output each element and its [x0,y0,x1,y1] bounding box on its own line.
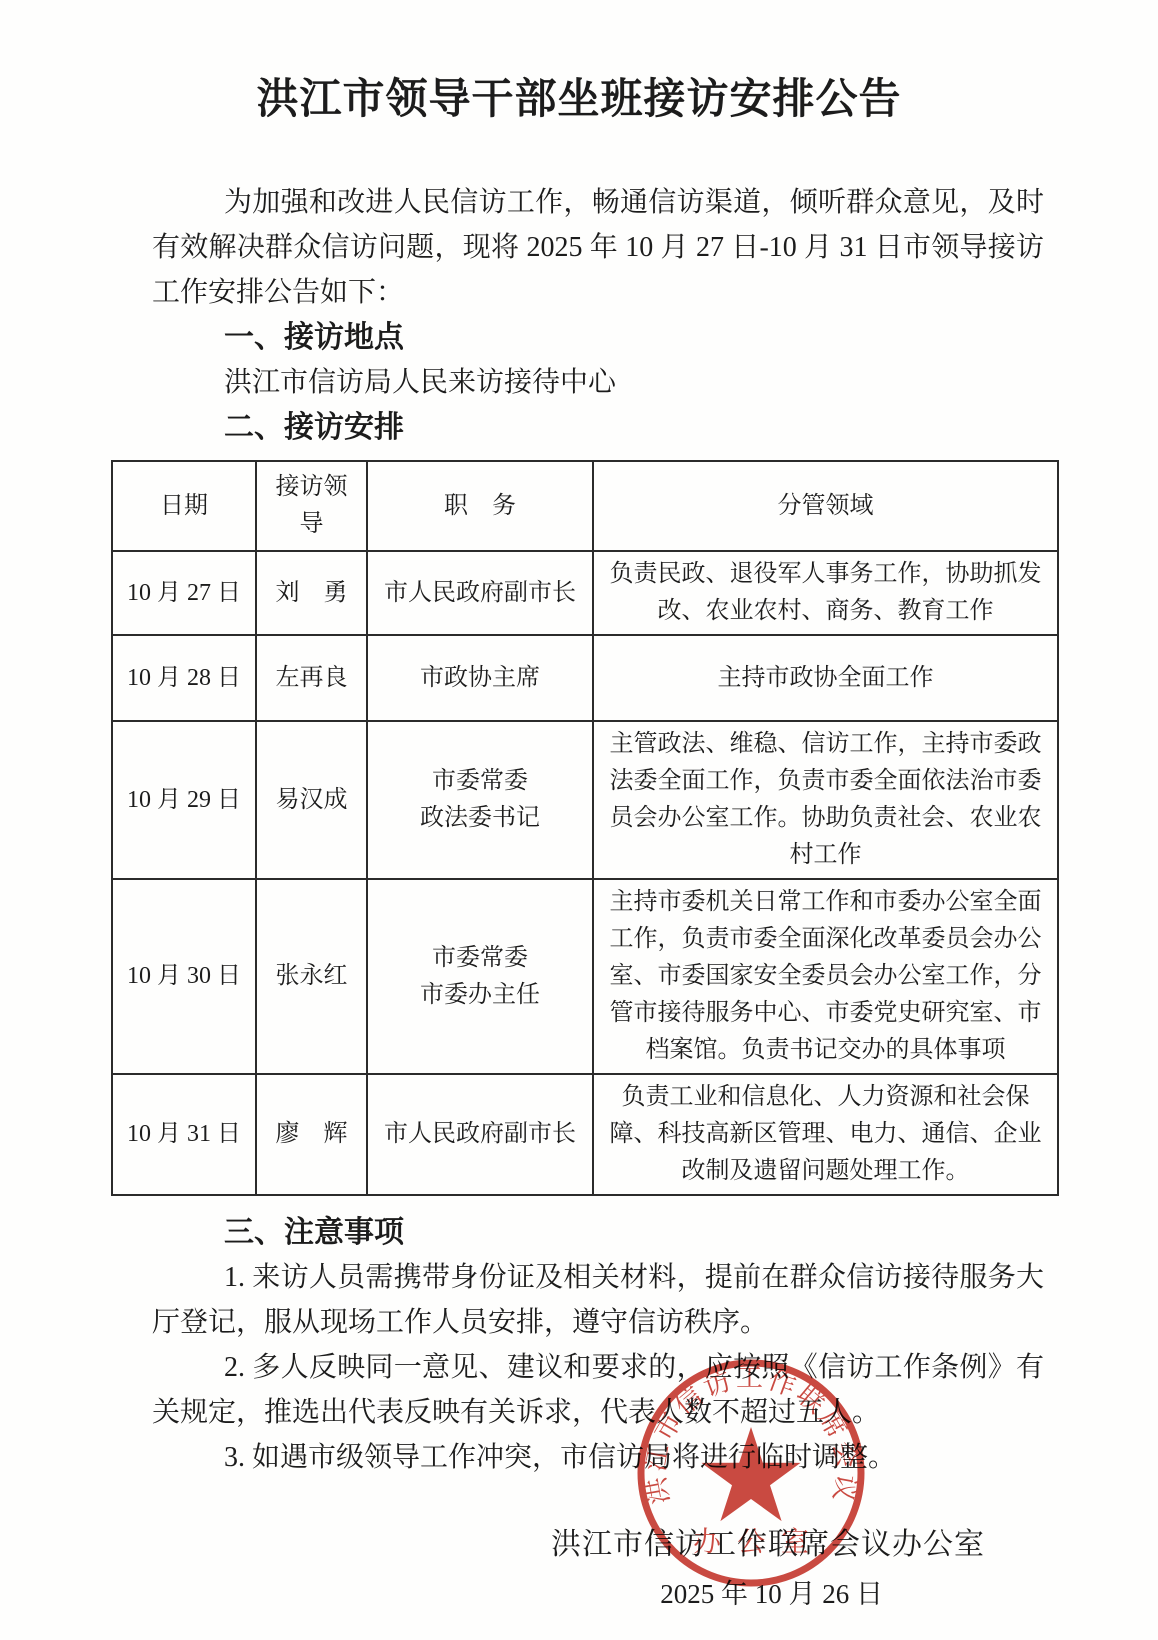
signature-date: 2025 年 10 月 26 日 [0,1568,1158,1620]
seal-bottom-text: 办公室 [693,1526,825,1558]
cell-leader: 易汉成 [256,721,367,879]
announcement-document: 洪江市领导干部坐班接访安排公告 为加强和改进人民信访工作，畅通信访渠道，倾听群众… [0,0,1158,1640]
star-icon [702,1427,801,1521]
cell-leader: 左再良 [256,635,367,721]
cell-duties: 主持市委机关日常工作和市委办公室全面工作，负责市委全面深化改革委员会办公室、市委… [593,879,1058,1074]
header-duties: 分管领域 [593,461,1058,551]
notes-section: 三、注意事项 1. 来访人员需携带身份证及相关材料，提前在群众信访接待服务大厅登… [152,1210,1044,1480]
table-row: 10 月 31 日 廖 辉 市人民政府副市长 负责工业和信息化、人力资源和社会保… [112,1074,1058,1195]
cell-position: 市委常委 市委办主任 [367,879,593,1074]
cell-duties: 主管政法、维稳、信访工作，主持市委政法委全面工作，负责市委全面依法治市委员会办公… [593,721,1058,879]
document-body: 为加强和改进人民信访工作，畅通信访渠道，倾听群众意见，及时有效解决群众信访问题，… [152,180,1044,450]
header-date: 日期 [112,461,256,551]
cell-duties: 主持市政协全面工作 [593,635,1058,721]
section1-heading: 一、接访地点 [152,315,1044,360]
cell-position: 市委常委 政法委书记 [367,721,593,879]
table-header-row: 日期 接访领导 职 务 分管领域 [112,461,1058,551]
header-position: 职 务 [367,461,593,551]
note-item: 2. 多人反映同一意见、建议和要求的，应按照《信访工作条例》有关规定，推选出代表… [152,1345,1044,1435]
intro-paragraph: 为加强和改进人民信访工作，畅通信访渠道，倾听群众意见，及时有效解决群众信访问题，… [152,180,1044,315]
section2-heading: 二、接访安排 [152,405,1044,450]
cell-position: 市人民政府副市长 [367,551,593,635]
table-row: 10 月 30 日 张永红 市委常委 市委办主任 主持市委机关日常工作和市委办公… [112,879,1058,1074]
cell-duties: 负责民政、退役军人事务工作，协助抓发改、农业农村、商务、教育工作 [593,551,1058,635]
page-title: 洪江市领导干部坐班接访安排公告 [0,0,1158,128]
reception-schedule-table: 日期 接访领导 职 务 分管领域 10 月 27 日 刘 勇 市人民政府副市长 … [111,460,1059,1196]
cell-date: 10 月 30 日 [112,879,256,1074]
cell-leader: 廖 辉 [256,1074,367,1195]
section3-heading: 三、注意事项 [152,1210,1044,1255]
table-row: 10 月 27 日 刘 勇 市人民政府副市长 负责民政、退役军人事务工作，协助抓… [112,551,1058,635]
table-row: 10 月 29 日 易汉成 市委常委 政法委书记 主管政法、维稳、信访工作，主持… [112,721,1058,879]
cell-date: 10 月 28 日 [112,635,256,721]
cell-leader: 张永红 [256,879,367,1074]
cell-date: 10 月 27 日 [112,551,256,635]
official-seal-stamp: 洪江市信访工作联席会议 办公室 [631,1353,871,1593]
cell-date: 10 月 31 日 [112,1074,256,1195]
note-item: 1. 来访人员需携带身份证及相关材料，提前在群众信访接待服务大厅登记，服从现场工… [152,1255,1044,1345]
cell-position: 市政协主席 [367,635,593,721]
note-item: 3. 如遇市级领导工作冲突，市信访局将进行临时调整。 [152,1435,1044,1480]
header-leader: 接访领导 [256,461,367,551]
cell-duties: 负责工业和信息化、人力资源和社会保障、科技高新区管理、电力、通信、企业改制及遗留… [593,1074,1058,1195]
reception-location: 洪江市信访局人民来访接待中心 [152,360,1044,405]
table-row: 10 月 28 日 左再良 市政协主席 主持市政协全面工作 [112,635,1058,721]
cell-position: 市人民政府副市长 [367,1074,593,1195]
cell-leader: 刘 勇 [256,551,367,635]
cell-date: 10 月 29 日 [112,721,256,879]
signature-org: 洪江市信访工作联席会议办公室 [0,1522,1158,1568]
